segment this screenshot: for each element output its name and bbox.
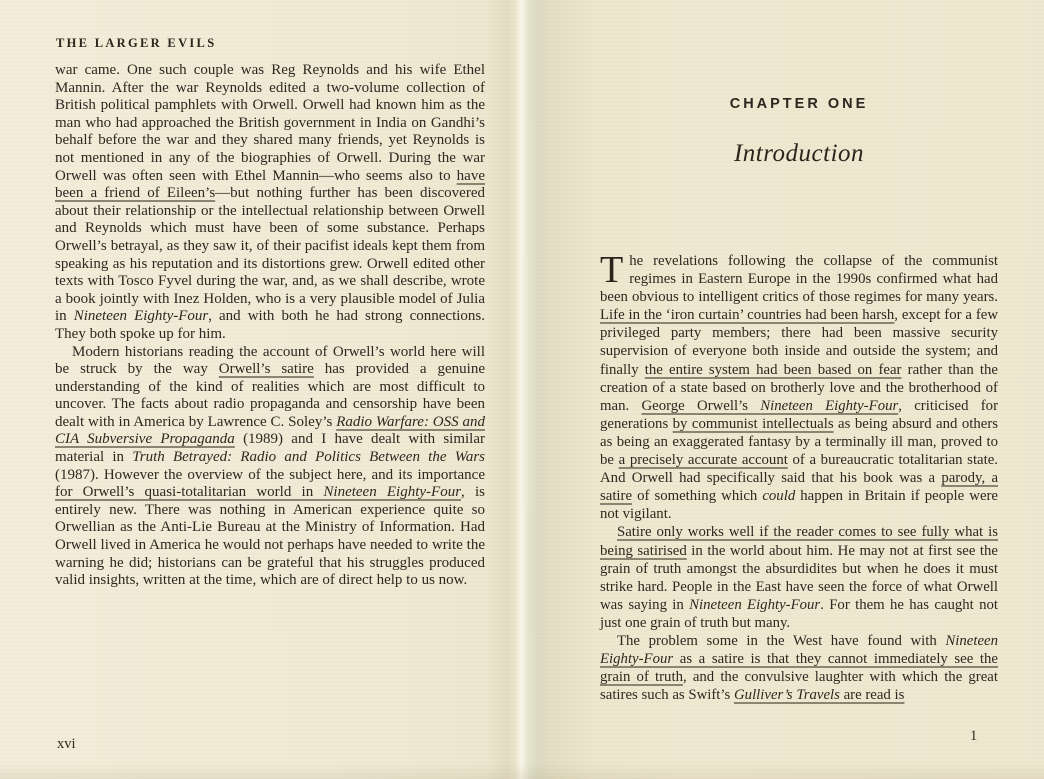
paragraph: Satire only works well if the reader com… (600, 523, 998, 632)
pencil-underlined-text: George Orwell’s (641, 398, 760, 414)
text-run: —but nothing further has been discovered… (55, 185, 485, 324)
pencil-underlined-text: by communist intellectuals (673, 416, 834, 432)
left-page: THE LARGER EVILS war came. One such coup… (0, 0, 522, 779)
text-run: war came. One such couple was Reg Reynol… (55, 62, 485, 184)
text-run: of something which (632, 488, 762, 504)
text-run: The problem some in the West have found … (617, 633, 945, 649)
drop-cap: T (600, 252, 629, 285)
chapter-title: Introduction (600, 140, 998, 168)
italic-text: could (762, 488, 795, 504)
italic-text: Nineteen (945, 633, 998, 649)
text-run: he revelations following the collapse of… (600, 253, 998, 305)
running-head: THE LARGER EVILS (56, 36, 216, 51)
italic-text: Truth Betrayed: Radio and Politics Betwe… (132, 449, 485, 465)
pencil-underlined-text: Nineteen Eighty-Four (760, 398, 898, 414)
pencil-underlined-text: Gulliver’s Travels (734, 687, 840, 703)
left-page-number: xvi (57, 736, 76, 753)
pencil-underlined-text: for Orwell’s (55, 484, 134, 500)
pencil-underlined-text: Life in the ‘iron curtain’ countries had… (600, 307, 894, 323)
pencil-underlined-text: are read is (840, 687, 905, 703)
pencil-underlined-text: quasi-totalitarian world in (134, 484, 323, 500)
pencil-underlined-text: Nineteen Eighty-Four (323, 484, 461, 500)
italic-text: Nineteen Eighty-Four (689, 597, 820, 613)
chapter-label: CHAPTER ONE (600, 96, 998, 112)
pencil-underlined-text: Eighty-Four (600, 651, 673, 667)
pencil-underlined-text: Orwell’s satire (219, 361, 314, 377)
paragraph: The revelations following the collapse o… (600, 252, 998, 523)
pencil-underlined-text: a precisely accurate account (619, 452, 788, 468)
right-page-body: The revelations following the collapse o… (600, 252, 998, 704)
paragraph: Modern historians reading the account of… (55, 344, 485, 590)
book-spread: THE LARGER EVILS war came. One such coup… (0, 0, 1044, 779)
italic-text: Nineteen Eighty-Four (74, 308, 209, 324)
left-page-body: war came. One such couple was Reg Reynol… (55, 62, 485, 590)
paragraph: war came. One such couple was Reg Reynol… (55, 62, 485, 344)
paragraph: The problem some in the West have found … (600, 632, 998, 704)
right-page-number: 1 (970, 728, 977, 745)
right-page: CHAPTER ONE Introduction The revelations… (522, 0, 1044, 779)
pencil-underlined-text: the entire system had been based on fear (645, 362, 902, 378)
text-run: (1987). However the overview of the subj… (55, 467, 485, 483)
